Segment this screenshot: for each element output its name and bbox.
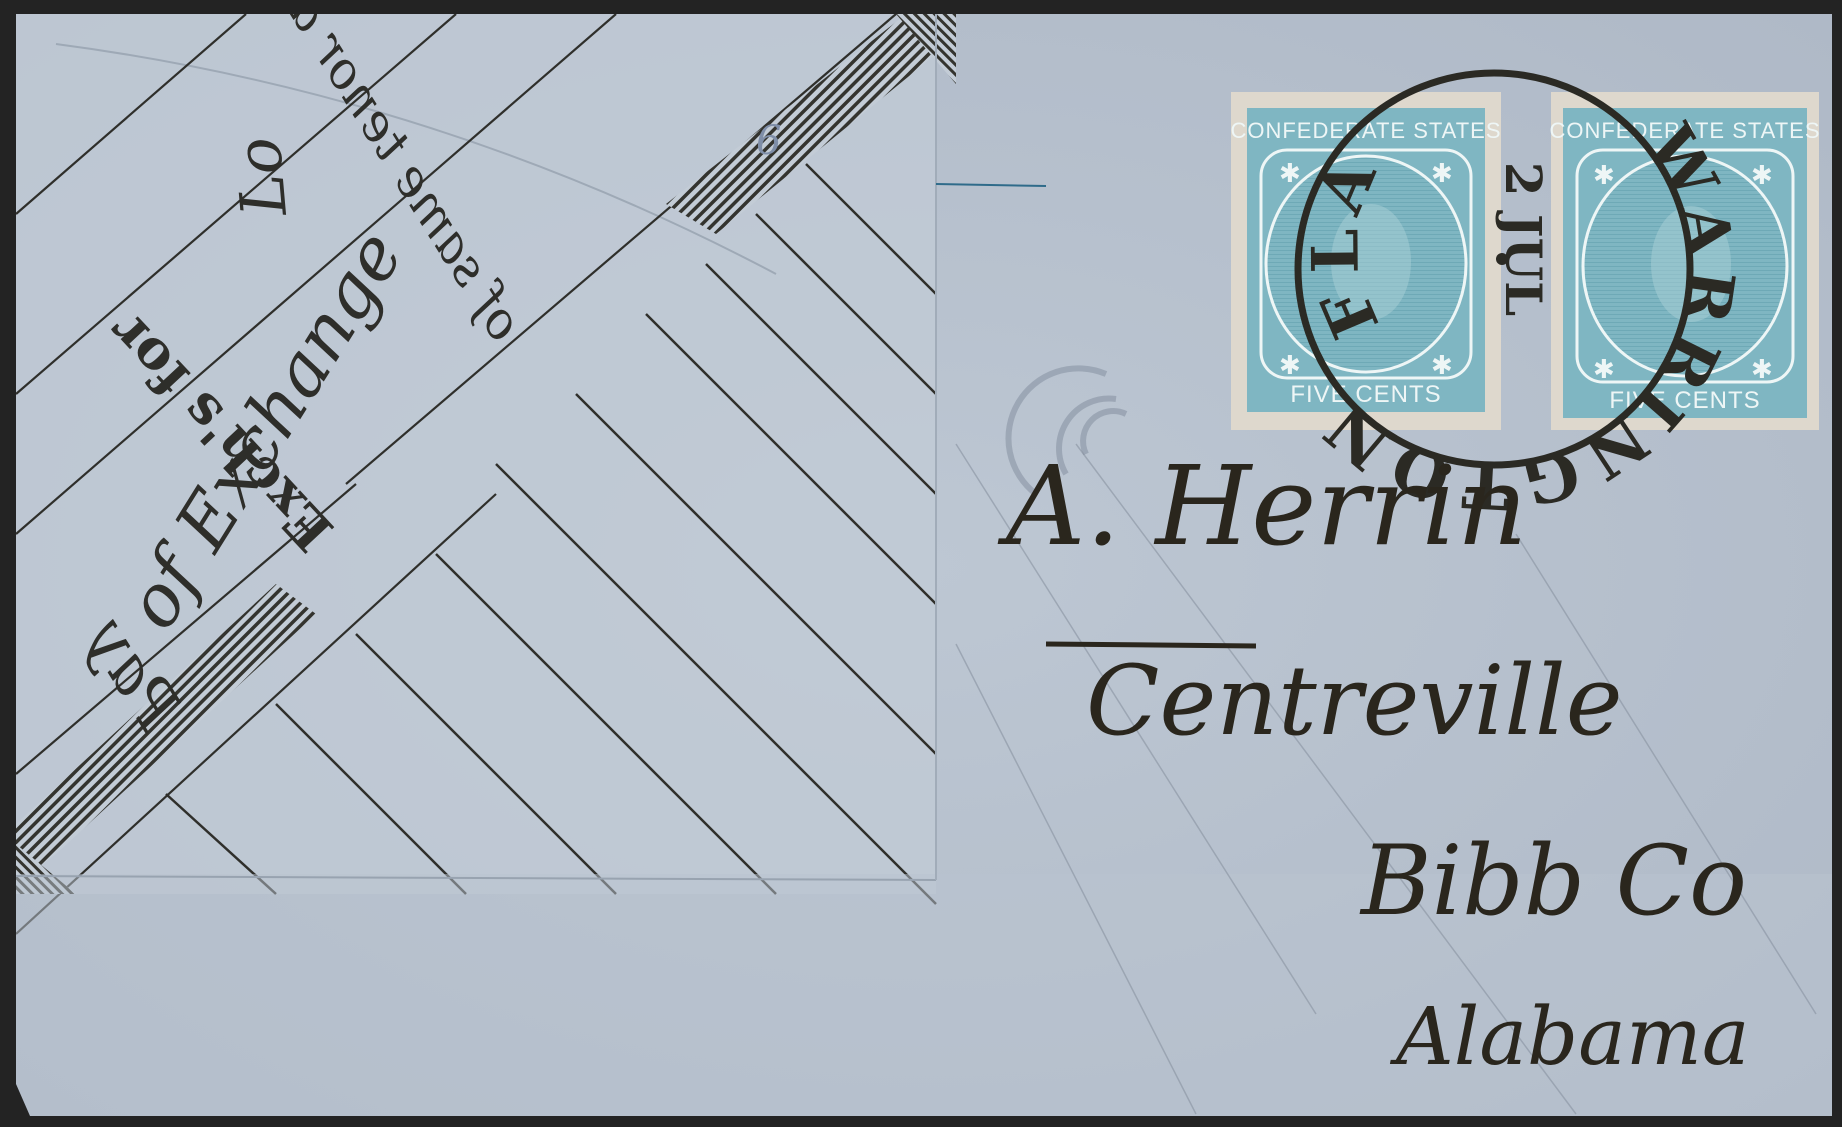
pencil-note: 6: [756, 118, 781, 164]
star-ornament: ✱: [1431, 351, 1453, 381]
postmark-date: 2 JUL: [1494, 162, 1553, 317]
address-line-4: Alabama: [1389, 990, 1750, 1083]
star-ornament: ✱: [1593, 355, 1615, 385]
address-line-2: Centreville: [1086, 645, 1623, 757]
address-line-1: A. Herrin: [997, 442, 1528, 570]
corner-text: Lo: [221, 134, 301, 220]
star-ornament: ✱: [1431, 159, 1453, 189]
star-ornament: ✱: [1279, 351, 1301, 381]
address-underline: [1046, 644, 1256, 646]
star-ornament: ✱: [1751, 355, 1773, 385]
star-ornament: ✱: [1593, 161, 1615, 191]
star-ornament: ✱: [1279, 159, 1301, 189]
star-ornament: ✱: [1751, 161, 1773, 191]
cover-illustration: of Exchange Lo Exch's for of same tenor …: [16, 14, 1832, 1116]
address-line-3: Bibb Co: [1359, 825, 1747, 937]
postal-cover: of Exchange Lo Exch's for of same tenor …: [16, 14, 1832, 1116]
photo-stage: of Exchange Lo Exch's for of same tenor …: [0, 0, 1842, 1127]
